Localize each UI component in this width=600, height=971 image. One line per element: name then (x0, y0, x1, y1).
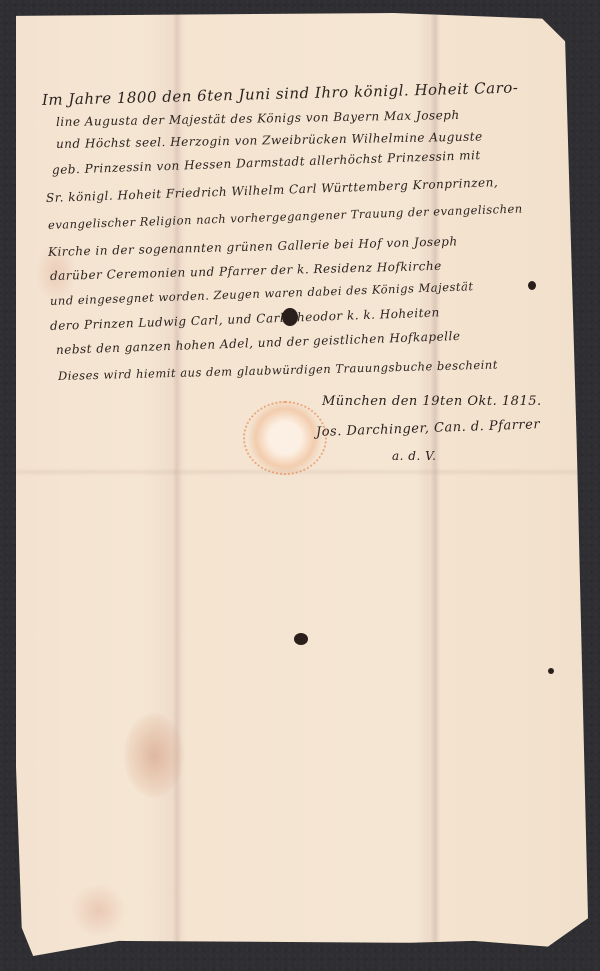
text-line-2: line Augusta der Majestät des Königs von… (56, 108, 460, 129)
text-line-3: und Höchst seel. Herzogin von Zweibrücke… (56, 130, 483, 151)
signature: Jos. Darchinger, Can. d. Pfarrer (316, 417, 541, 440)
text-line-8: darüber Ceremonien und Pfarrer der k. Re… (50, 259, 442, 283)
text-line-11: nebst den ganzen hohen Adel, und der gei… (56, 329, 461, 357)
handwritten-text: Im Jahre 1800 den 6ten Juni sind Ihro kö… (16, 13, 588, 956)
text-line-12: Dieses wird hiemit aus dem glaubwürdigen… (58, 357, 498, 383)
text-line-1: Im Jahre 1800 den 6ten Juni sind Ihro kö… (42, 79, 519, 109)
text-line-4: geb. Prinzessin von Hessen Darmstadt all… (52, 148, 481, 177)
date-line: München den 19ten Okt. 1815. (322, 394, 542, 409)
text-line-5: Sr. königl. Hoheit Friedrich Wilhelm Car… (46, 175, 499, 205)
text-line-10: dero Prinzen Ludwig Carl, und Carl Theod… (50, 305, 440, 333)
text-line-9: und eingesegnet worden. Zeugen waren dab… (50, 279, 474, 308)
text-line-6: evangelischer Religion nach vorhergegang… (48, 201, 523, 232)
document-paper: Im Jahre 1800 den 6ten Juni sind Ihro kö… (16, 13, 588, 956)
text-line-7: Kirche in der sogenannten grünen Galleri… (48, 234, 458, 259)
signature-suffix: a. d. V. (392, 449, 436, 463)
